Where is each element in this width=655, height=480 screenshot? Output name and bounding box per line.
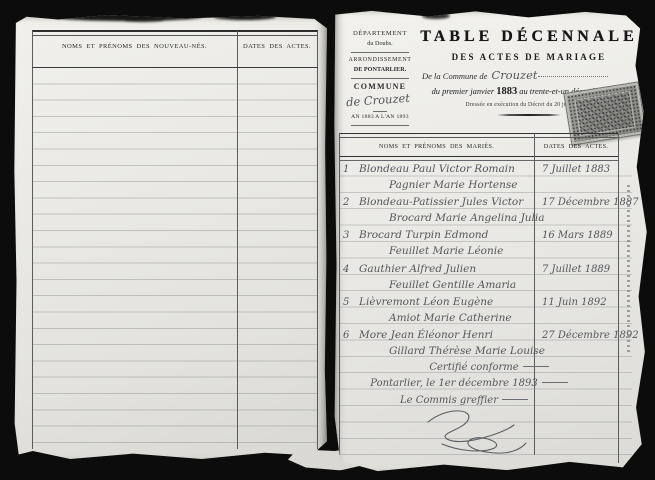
divider — [373, 111, 387, 112]
column-header-dates: DATES DES ACTES. — [237, 43, 317, 50]
table-row: 4 Gauthier Alfred Julien Feuillet Gentil… — [334, 263, 634, 296]
row-number: 3 — [343, 230, 349, 241]
spouse2-name: Amiot Marie Catherine — [389, 312, 512, 324]
act-date: 7 Juillet 1883 — [542, 164, 610, 175]
spouse1-name: Blondeau Paul Victor Romain — [359, 163, 515, 175]
divider — [351, 78, 409, 79]
commune-line: De la Commune deCrouzet — [420, 68, 638, 82]
spouse1-name: Gauthier Alfred Julien — [359, 263, 476, 275]
scan-smudge — [422, 13, 450, 19]
spouse1-name: More Jean Éléonor Henri — [359, 329, 493, 341]
act-date: 27 Décembre 1892 — [542, 330, 639, 341]
period-range: AN 1883 A L'AN 1893 — [342, 114, 418, 120]
document-title: TABLE DÉCENNALE — [420, 28, 638, 46]
table-row: 2 Blondeau-Patissier Jules Victor Brocar… — [334, 196, 634, 229]
act-date: 11 Juin 1892 — [542, 297, 607, 308]
margin-admin-box: DÉPARTEMENT du Doubs. ARRONDISSEMENT DE … — [342, 26, 418, 129]
signer-title-line: Le Commis greffier — [389, 395, 539, 406]
act-date: 16 Mars 1889 — [542, 230, 613, 241]
table-row: 1 Blondeau Paul Victor Romain Pagnier Ma… — [334, 163, 634, 196]
document-subtitle: DES ACTES DE MARIAGE — [420, 52, 638, 62]
period-text: du premier janvier — [432, 87, 495, 96]
divider — [351, 52, 409, 53]
commune-label: COMMUNE — [342, 82, 418, 91]
left-register-page: NOMS ET PRÉNOMS DES NOUVEAU-NÉS. DATES D… — [14, 15, 327, 459]
column-header-names: NOMS ET PRÉNOMS DES NOUVEAU-NÉS. — [32, 43, 237, 50]
table-row: 3 Brocard Turpin Edmond Feuillet Marie L… — [334, 229, 634, 262]
row-number: 5 — [343, 297, 349, 308]
column-header-names: NOMS ET PRÉNOMS DES MARIÉS. — [339, 143, 534, 150]
row-number: 2 — [343, 197, 349, 208]
act-date: 17 Décembre 1887 — [542, 197, 639, 208]
ruled-lines — [33, 68, 317, 449]
place-date-line: Pontarlier, le 1er décembre 1893 — [364, 378, 574, 389]
arrondissement-label: ARRONDISSEMENT — [342, 57, 418, 63]
arrondissement-value: DE PONTARLIER. — [342, 66, 418, 73]
spouse2-name: Feuillet Gentille Amaria — [389, 279, 516, 291]
signature — [414, 406, 544, 458]
certify-line: Certifié conforme — [429, 362, 549, 373]
spouse2-name: Brocard Marie Angelina Julia — [389, 212, 545, 224]
ornamental-divider — [497, 114, 561, 116]
table-top-border — [339, 133, 619, 138]
table-right-border — [317, 31, 318, 449]
spouse1-name: Lièvremont Léon Eugène — [359, 296, 493, 308]
commune-handwritten-value: de Crouzet — [346, 91, 411, 109]
spouse1-name: Brocard Turpin Edmond — [359, 229, 488, 241]
column-header-dates: DATES DES ACTES. — [534, 143, 618, 150]
table-row: 5 Lièvremont Léon Eugène Amiot Marie Cat… — [334, 296, 634, 329]
row-number: 6 — [343, 330, 349, 341]
table-row: 6 More Jean Éléonor Henri Gillard Thérès… — [334, 329, 634, 362]
period-year-start: 1883 — [496, 86, 517, 97]
table-top-border — [32, 30, 318, 36]
commune-line-printed: De la Commune de — [422, 71, 487, 81]
spouse2-name: Gillard Thérèse Marie Louise — [389, 345, 545, 357]
commune-line-handwritten: Crouzet — [491, 68, 537, 82]
scan-smudge — [214, 13, 276, 20]
row-number: 4 — [343, 264, 349, 275]
row-number: 1 — [343, 164, 349, 175]
dotted-trail — [538, 76, 608, 77]
departement-label: DÉPARTEMENT — [342, 30, 418, 37]
divider — [351, 125, 409, 126]
act-date: 7 Juillet 1889 — [542, 264, 610, 275]
spouse1-name: Blondeau-Patissier Jules Victor — [359, 196, 523, 208]
right-register-page: DÉPARTEMENT du Doubs. ARRONDISSEMENT DE … — [334, 10, 648, 472]
printer-imprint-vertical — [627, 185, 630, 355]
spouse2-name: Feuillet Marie Léonie — [389, 245, 503, 257]
scan-smudge — [124, 17, 164, 22]
spouse2-name: Pagnier Marie Hortense — [389, 179, 518, 191]
departement-value: du Doubs. — [342, 40, 418, 47]
